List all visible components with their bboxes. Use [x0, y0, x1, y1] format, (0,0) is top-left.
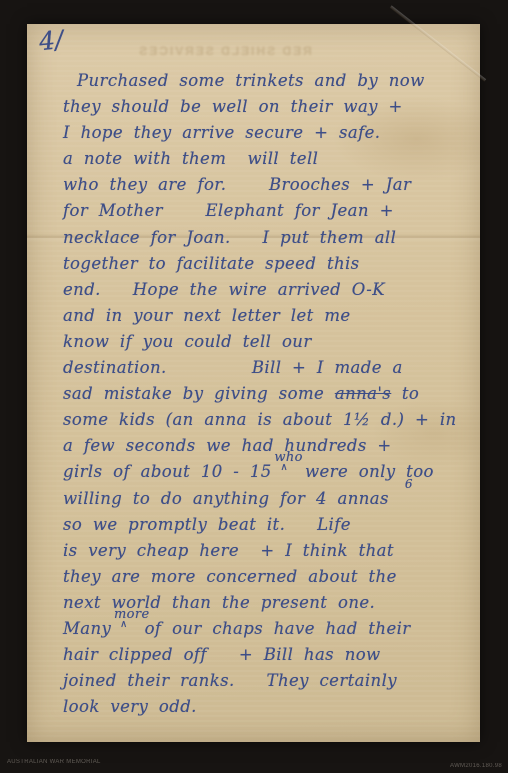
bleed-through-stamp: RED SHIELD SERVICES [127, 44, 322, 58]
footer-catalog-right: AWM2016.180.98 [450, 763, 502, 769]
footer-catalog-left: AUSTRALIAN WAR MEMORIAL [7, 759, 101, 765]
letter-line: know if you could tell our [63, 329, 470, 355]
letter-line: they should be well on their way + [63, 94, 470, 120]
inserted-word: more∧ [122, 633, 134, 634]
letter-line: together to facilitate speed this [63, 251, 470, 277]
letter-line: I hope they arrive secure + safe. [63, 120, 470, 146]
scan-background: { "scan": { "background_color": "#171412… [0, 0, 508, 773]
letter-line: Purchased some trinkets and by now [63, 68, 470, 94]
letter-line: joined their ranks. They certainly [63, 668, 470, 694]
page-number: 4/ [38, 25, 65, 56]
letter-line: necklace for Joan. I put them all [63, 225, 470, 251]
letter-line: they are more concerned about the [63, 564, 470, 590]
letter-line: and in your next letter let me [63, 303, 470, 329]
caret-mark: ∧ [280, 455, 288, 481]
letter-line: a note with them will tell [63, 146, 470, 172]
letter-line: a few seconds we had hundreds + [63, 433, 470, 459]
inserted-word: who∧ [282, 476, 294, 477]
letter-line: end. Hope the wire arrived O-K [63, 277, 470, 303]
letter-line: willing to do anything for 4 annas6 [63, 486, 470, 512]
letter-paper: 4/ RED SHIELD SERVICES Purchased some tr… [27, 24, 480, 742]
letter-line: so we promptly beat it. Life [63, 512, 470, 538]
letter-lines: Purchased some trinkets and by nowthey s… [63, 68, 470, 720]
struck-word: anna's [335, 384, 391, 403]
letter-line: who they are for. Brooches + Jar [63, 172, 470, 198]
letter-line: look very odd. [63, 694, 470, 720]
letter-line: hair clipped off + Bill has now [63, 642, 470, 668]
caret-mark: ∧ [120, 612, 128, 638]
letter-line: Many more∧ of our chaps have had their [63, 616, 470, 642]
letter-line: sad mistake by giving some anna's to [63, 381, 470, 407]
letter-line: some kids (an anna is about 1½ d.) + in [63, 407, 470, 433]
letter-line: is very cheap here + I think that [63, 538, 470, 564]
letter-line: for Mother Elephant for Jean + [63, 198, 470, 224]
letter-line: destination. Bill + I made a [63, 355, 470, 381]
superscript-correction: 6 [405, 478, 413, 490]
